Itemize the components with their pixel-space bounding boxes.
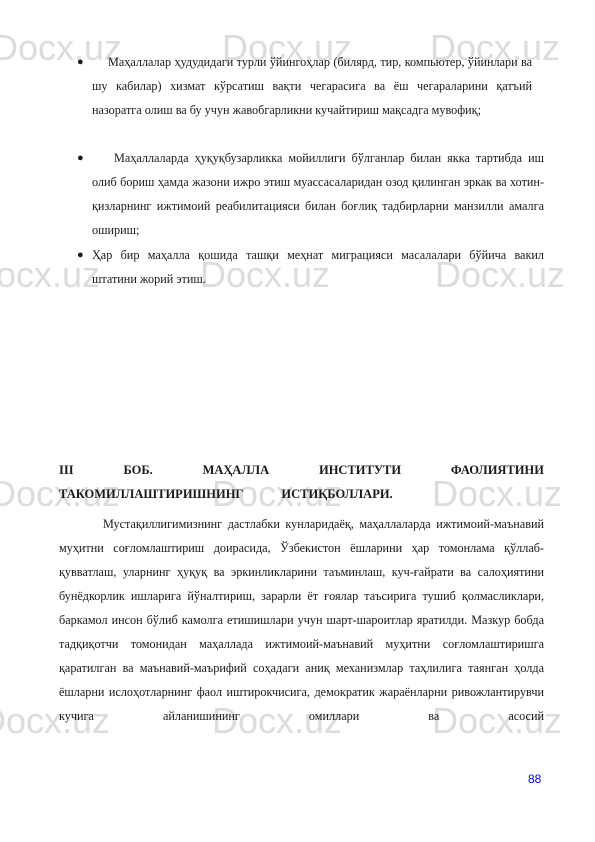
bullet-text: Маҳаллалар ҳудудидаги турли ўйингоҳлар (… [92,50,532,122]
heading-word: БОБ. [123,458,152,482]
heading-word: ФАОЛИЯТИНИ [451,458,544,482]
bullet-icon: ● [77,50,84,74]
heading-word: III [59,458,74,482]
heading-word: ТАКОМИЛЛАШТИРИШНИНГ [59,482,243,506]
bullet-item: ● Маҳаллалар ҳудудидаги турли ўйингоҳлар… [92,50,532,122]
bullet-item: ● Маҳаллаларда ҳуқуқбузарликка мойиллиги… [92,146,544,242]
bullet-text: Маҳаллаларда ҳуқуқбузарликка мойиллиги б… [92,146,544,242]
body-paragraph: Мустақиллигимизнинг дастлабки кунларидаё… [59,512,544,728]
bullet-item: ● Ҳар бир маҳалла қошида ташқи меҳнат ми… [92,243,544,291]
chapter-heading: III БОБ. МАҲАЛЛА ИНСТИТУТИ ФАОЛИЯТИНИ ТА… [59,458,544,506]
bullet-text: Ҳар бир маҳалла қошида ташқи меҳнат мигр… [92,243,544,291]
heading-word: ИНСТИТУТИ [319,458,401,482]
bullet-icon: ● [77,243,84,267]
document-page: ● Маҳаллалар ҳудудидаги турли ўйингоҳлар… [0,0,595,842]
page-number: 88 [528,772,541,786]
heading-word: ИСТИҚБОЛЛАРИ. [281,482,392,506]
bullet-icon: ● [77,146,84,170]
heading-word: МАҲАЛЛА [203,458,270,482]
